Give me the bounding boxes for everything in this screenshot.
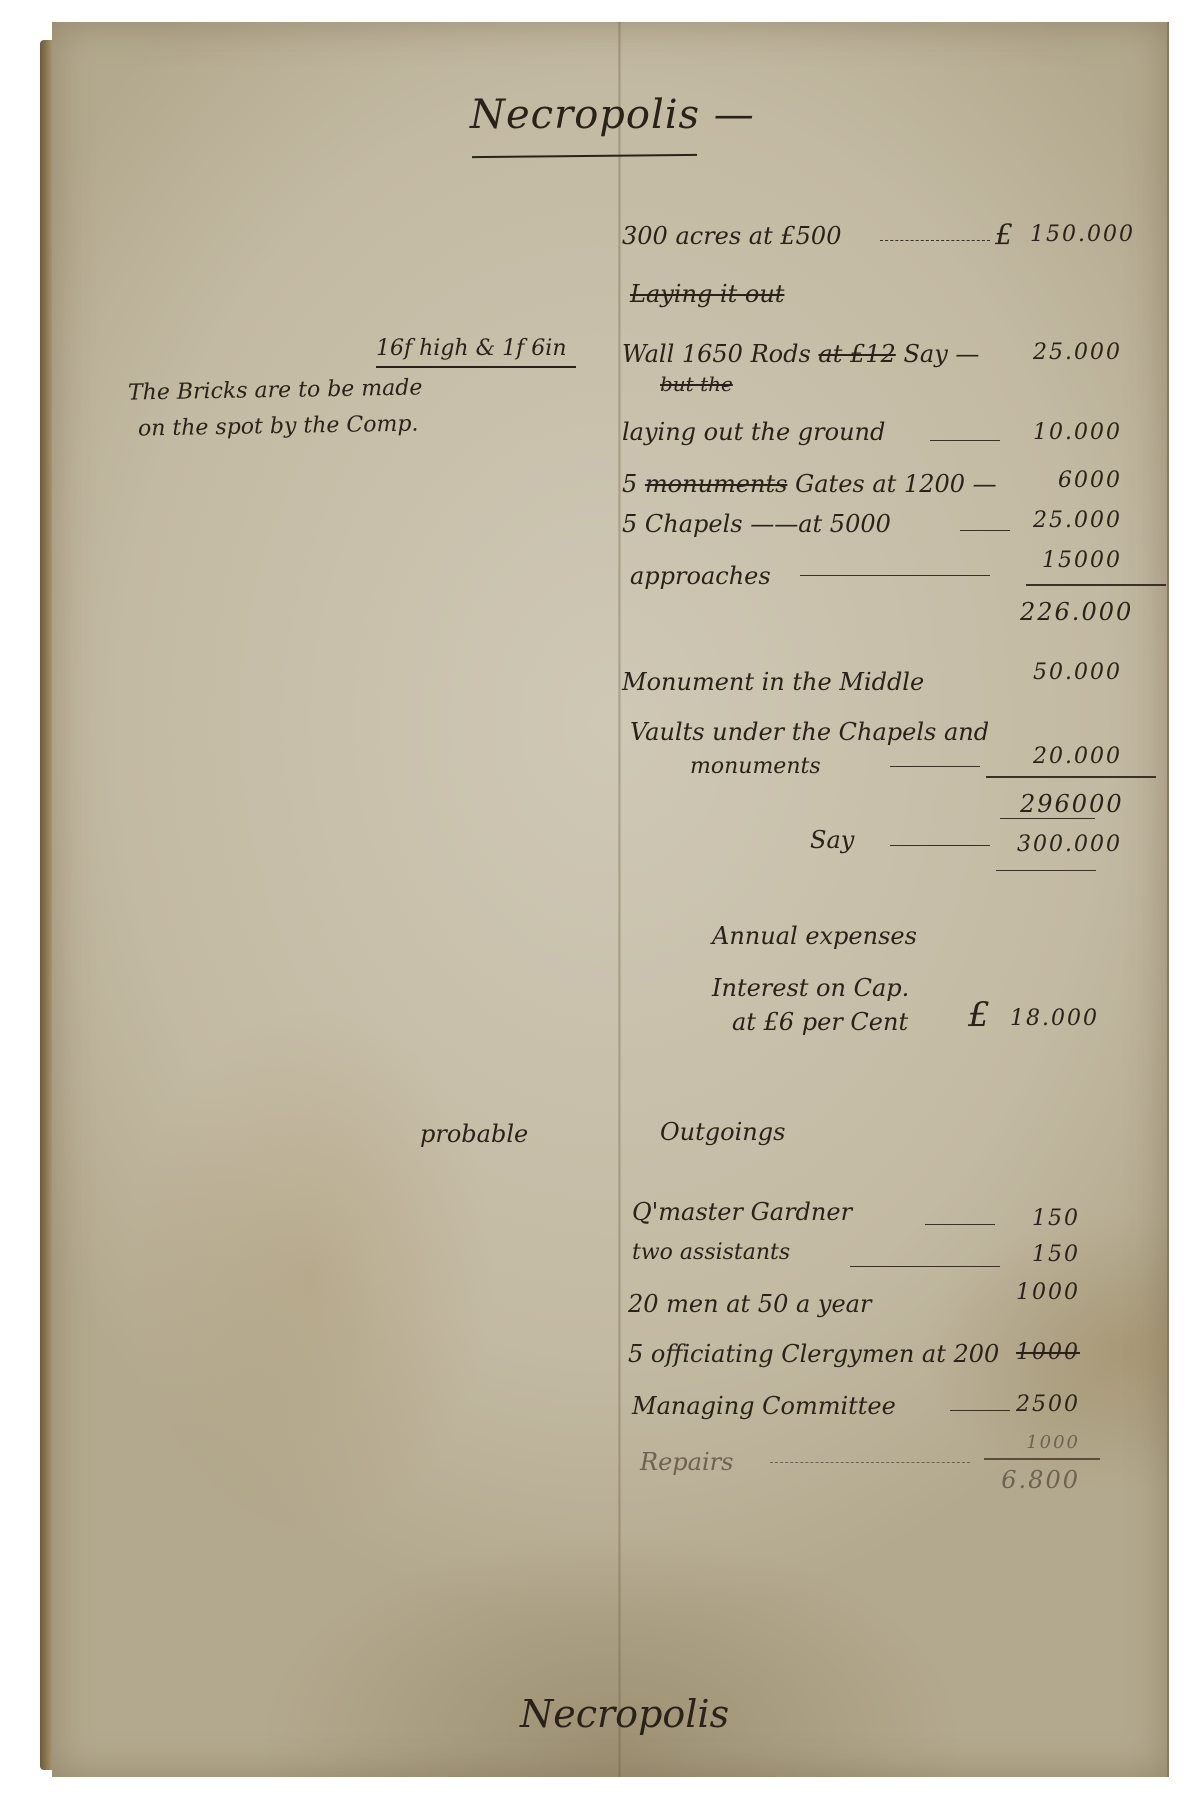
outgoing-label: Q'master Gardner: [632, 1198, 852, 1226]
outgoings-total: 6.800: [1000, 1466, 1080, 1494]
gates-label-text: Gates at 1200 —: [795, 470, 997, 498]
subtotal-2: 296000: [1020, 790, 1122, 818]
chapels-leader: [960, 530, 1010, 531]
outgoing-amount: 1000: [1010, 1280, 1080, 1305]
approaches-leader: [800, 575, 990, 576]
docket-title: Necropolis: [520, 1692, 729, 1736]
outgoings-heading: Outgoings: [660, 1118, 785, 1146]
say-label: Say: [810, 826, 854, 854]
outgoing-amount: 1000: [1010, 1432, 1080, 1453]
subtotal-2-rule: [986, 776, 1156, 778]
vaults-leader: [890, 766, 980, 767]
gates-label: 5 monuments Gates at 1200 —: [622, 470, 997, 498]
but-the-struck: but the: [660, 372, 733, 396]
subtotal-2-underline: [1000, 818, 1095, 819]
vaults-label-line-1: Vaults under the Chapels and: [630, 718, 989, 746]
annual-expenses-heading: Annual expenses: [712, 922, 917, 950]
approaches-amount: 15000: [1030, 548, 1122, 573]
outgoing-label: 5 officiating Clergymen at 200: [628, 1340, 999, 1368]
probable-note: probable: [420, 1120, 528, 1148]
laying-out-ground-amount: 10.000: [1030, 420, 1122, 445]
vaults-amount: 20.000: [1030, 744, 1122, 769]
wall-height-underline: [376, 366, 576, 368]
gates-count: 5: [622, 470, 637, 498]
land-cost-leader: [880, 240, 990, 241]
wall-label-text: Wall 1650 Rods: [622, 340, 811, 368]
vaults-label-line-2: monuments: [690, 754, 821, 779]
land-cost-amount: 150.000: [1030, 222, 1122, 247]
bricks-note-line-1: The Bricks are to be made: [128, 375, 423, 405]
outgoing-leader: [950, 1410, 1010, 1411]
outgoing-label: Repairs: [640, 1448, 733, 1476]
outgoing-leader: [925, 1224, 995, 1225]
bricks-note-line-2: on the spot by the Comp.: [138, 412, 419, 442]
page-fold: [618, 22, 621, 1777]
wall-height-note: 16f high & 1f 6in: [376, 336, 567, 361]
outgoing-amount: 150: [1010, 1242, 1080, 1267]
land-cost-currency: £: [995, 218, 1013, 251]
outgoing-label: two assistants: [632, 1240, 790, 1265]
monument-label: Monument in the Middle: [622, 668, 924, 696]
chapels-label: 5 Chapels ——at 5000: [622, 510, 891, 538]
interest-line-2: at £6 per Cent: [732, 1008, 908, 1036]
outgoing-leader: [850, 1266, 1000, 1267]
outgoing-label: Managing Committee: [632, 1392, 896, 1420]
outgoing-amount: 1000: [1010, 1340, 1080, 1365]
wall-amount: 25.000: [1030, 340, 1122, 365]
manuscript-page: [52, 22, 1169, 1777]
laying-out-leader: [930, 440, 1000, 441]
page-title: Necropolis —: [470, 92, 755, 138]
outgoings-total-rule: [984, 1458, 1100, 1460]
subtotal-1: 226.000: [1020, 598, 1122, 626]
say-amount: 300.000: [1010, 832, 1122, 857]
land-cost-label: 300 acres at £500: [622, 222, 841, 250]
say-underline: [996, 870, 1096, 871]
wall-say: Say —: [903, 340, 979, 368]
subtotal-1-rule: [1026, 584, 1166, 586]
laying-it-out-struck: Laying it out: [630, 280, 784, 308]
wall-label: Wall 1650 Rods at £12 Say —: [622, 340, 979, 368]
monument-amount: 50.000: [1030, 660, 1122, 685]
interest-line-1: Interest on Cap.: [712, 974, 909, 1002]
gates-struck-word: monuments: [645, 470, 788, 498]
laying-out-ground-label: laying out the ground: [622, 418, 885, 446]
wall-rate-struck: at £12: [818, 340, 895, 368]
interest-amount: 18.000: [1010, 1006, 1092, 1031]
approaches-label: approaches: [630, 562, 771, 590]
outgoing-leader: [770, 1462, 970, 1463]
outgoing-amount: 2500: [1010, 1392, 1080, 1417]
outgoing-amount: 150: [1010, 1206, 1080, 1231]
interest-currency: £: [968, 995, 990, 1035]
gates-amount: 6000: [1030, 468, 1122, 493]
say-leader: [890, 845, 990, 846]
chapels-amount: 25.000: [1030, 508, 1122, 533]
outgoing-label: 20 men at 50 a year: [628, 1290, 871, 1318]
